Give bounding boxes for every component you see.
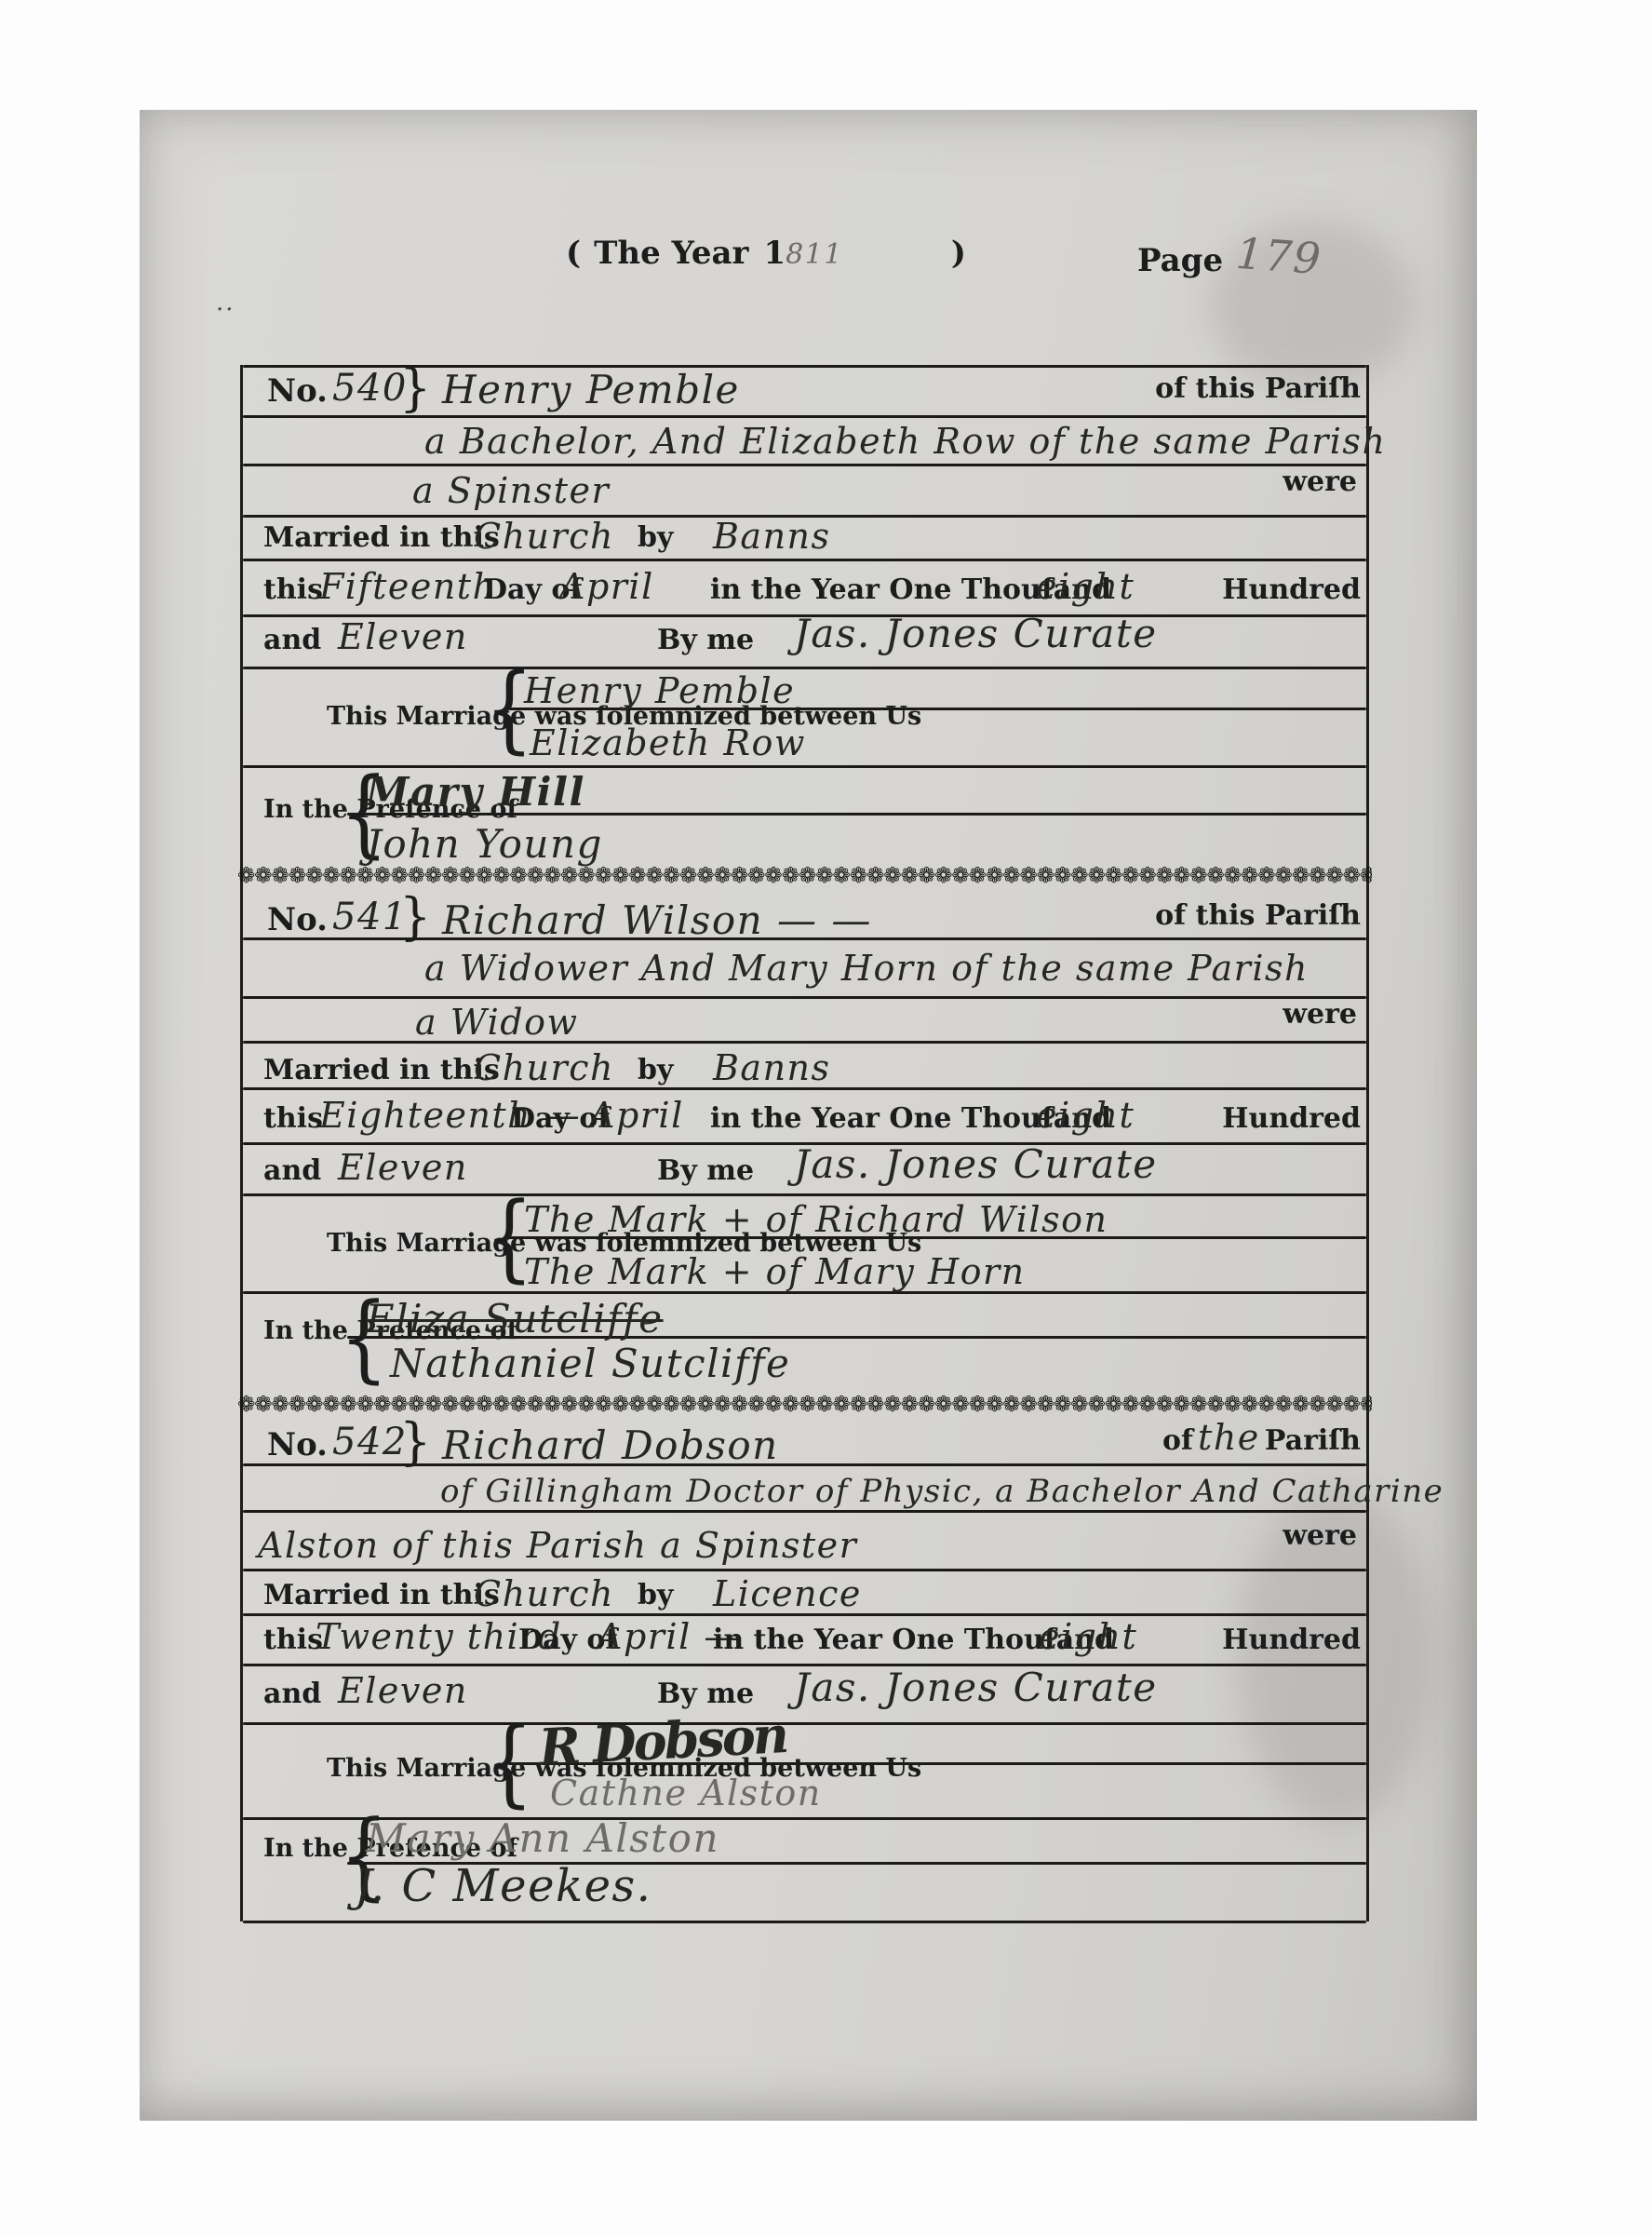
month-hand: April bbox=[559, 566, 654, 607]
married-in-label: Married in this bbox=[263, 1579, 500, 1611]
rule bbox=[243, 1510, 1366, 1513]
bride-signature: Elizabeth Row bbox=[530, 722, 806, 763]
witness2-signature: Nathaniel Sutcliffe bbox=[390, 1341, 790, 1386]
no-label: No. bbox=[267, 901, 328, 938]
married-in-label: Married in this bbox=[263, 1054, 500, 1086]
groom-name: Henry Pemble bbox=[442, 367, 740, 412]
groom-name: Richard Dobson bbox=[442, 1422, 779, 1468]
church-hand: Church bbox=[474, 516, 614, 557]
year-word-hand: Eleven bbox=[338, 616, 468, 657]
day-hand: Fifteenth bbox=[319, 566, 497, 607]
condition-bride-line: a Widower And Mary Horn of the same Pari… bbox=[424, 948, 1309, 989]
entry-number: 542 bbox=[332, 1421, 408, 1463]
church-hand: Church bbox=[474, 1047, 614, 1088]
of-parish-label: of this Pariſh bbox=[1155, 899, 1361, 932]
condition-line: a Spinster bbox=[412, 470, 610, 511]
page-label: Page bbox=[1137, 242, 1223, 279]
by-label: by bbox=[638, 1054, 673, 1086]
year-word-hand: Eleven bbox=[338, 1147, 468, 1188]
groom-signature: Henry Pemble bbox=[524, 670, 795, 711]
of-parish-label: of this Pariſh bbox=[1155, 372, 1361, 405]
document-scan: { "page": { "header": { "year_open": "("… bbox=[0, 0, 1652, 2238]
rule bbox=[243, 765, 1366, 768]
hundred-label: Hundred bbox=[1222, 1102, 1361, 1135]
month-hand: April bbox=[589, 1095, 684, 1136]
rule bbox=[243, 667, 1366, 669]
by-label: by bbox=[638, 1579, 673, 1611]
bride-signature: Cathne Alston bbox=[550, 1773, 822, 1813]
rule bbox=[243, 1041, 1366, 1044]
rule bbox=[243, 1569, 1366, 1571]
were-label: were bbox=[1283, 1519, 1357, 1552]
rule bbox=[243, 559, 1366, 561]
officiant-signature: Jas. Jones Curate bbox=[794, 611, 1158, 656]
and-label: and bbox=[263, 624, 321, 656]
method-hand: Banns bbox=[713, 1047, 831, 1088]
and-label: and bbox=[263, 1678, 321, 1710]
witness1-signature: Mary Hill bbox=[366, 769, 585, 815]
the-hand: the bbox=[1198, 1417, 1260, 1458]
condition-bride-line: a Bachelor, And Elizabeth Row of the sam… bbox=[424, 421, 1386, 462]
method-hand: Licence bbox=[713, 1573, 862, 1614]
year-heading: ( The Year 1 811 ) bbox=[566, 235, 966, 272]
paren-open: ( bbox=[566, 235, 581, 272]
year-handwritten: 811 bbox=[786, 238, 843, 271]
page-number-heading: Page 179 bbox=[1137, 231, 1322, 281]
were-label: were bbox=[1283, 465, 1357, 498]
method-hand: Banns bbox=[713, 516, 831, 557]
condition-line: a Widow bbox=[415, 1002, 579, 1043]
condition-line: Alston of this Parish a Spinster bbox=[258, 1525, 857, 1566]
year-word-hand: Eleven bbox=[338, 1670, 468, 1711]
by-me-label: By me bbox=[657, 1154, 754, 1187]
of-label: of bbox=[1162, 1424, 1193, 1457]
this-label: this bbox=[263, 1102, 323, 1135]
rule bbox=[243, 1193, 1366, 1196]
rule bbox=[243, 464, 1366, 466]
were-label: were bbox=[1283, 998, 1357, 1031]
condition-bride-line: of Gillingham Doctor of Physic, a Bachel… bbox=[440, 1473, 1444, 1510]
of-parish-label: of the Pariſh bbox=[1162, 1417, 1361, 1458]
witness2-signature: John Young bbox=[366, 821, 603, 867]
rule bbox=[243, 1921, 1366, 1923]
groom-name: Richard Wilson — — bbox=[442, 897, 872, 943]
eight-hand: eight bbox=[1036, 1095, 1135, 1136]
year-label: The Year bbox=[594, 235, 748, 272]
married-in-label: Married in this bbox=[263, 521, 500, 554]
by-me-label: By me bbox=[657, 1678, 754, 1710]
brace: } bbox=[399, 894, 431, 940]
year-printed-digit: 1 bbox=[763, 235, 786, 272]
and-label: and bbox=[263, 1154, 321, 1187]
brace: } bbox=[399, 365, 431, 411]
eight-hand: eight bbox=[1036, 566, 1135, 607]
no-label: No. bbox=[267, 1426, 328, 1463]
church-hand: Church bbox=[474, 1573, 614, 1614]
ink-speck: .. bbox=[216, 289, 235, 317]
by-me-label: By me bbox=[657, 624, 754, 656]
entry-number: 541 bbox=[332, 896, 408, 938]
hundred-label: Hundred bbox=[1222, 1624, 1361, 1656]
this-label: this bbox=[263, 573, 323, 606]
by-label: by bbox=[638, 521, 673, 554]
witness1-signature-struck: Eliza Sutcliffe bbox=[366, 1296, 664, 1341]
paren-close: ) bbox=[951, 235, 966, 272]
witness1-signature: Mary Ann Alston bbox=[366, 1815, 719, 1861]
rule bbox=[243, 996, 1366, 999]
eight-hand: eight bbox=[1039, 1616, 1137, 1657]
witness2-signature: J. C Meekes. bbox=[355, 1860, 651, 1912]
this-label: this bbox=[263, 1624, 323, 1656]
groom-mark-signature: The Mark + of Richard Wilson bbox=[524, 1199, 1108, 1240]
parish-label: Pariſh bbox=[1265, 1424, 1361, 1457]
page-number: 179 bbox=[1234, 228, 1323, 284]
brace: { bbox=[485, 1701, 533, 1827]
no-label: No. bbox=[267, 372, 328, 410]
officiant-signature: Jas. Jones Curate bbox=[794, 1141, 1158, 1187]
brace: } bbox=[399, 1419, 431, 1465]
bride-mark-signature: The Mark + of Mary Horn bbox=[524, 1251, 1026, 1292]
officiant-signature: Jas. Jones Curate bbox=[794, 1665, 1158, 1710]
rule bbox=[243, 1722, 1366, 1725]
marriage-register-table: ❁❁❁❁❁❁❁❁❁❁❁❁❁❁❁❁❁❁❁❁❁❁❁❁❁❁❁❁❁❁❁❁❁❁❁❁❁❁❁❁… bbox=[240, 365, 1369, 1921]
entry-number: 540 bbox=[332, 367, 408, 410]
hundred-label: Hundred bbox=[1222, 573, 1361, 606]
